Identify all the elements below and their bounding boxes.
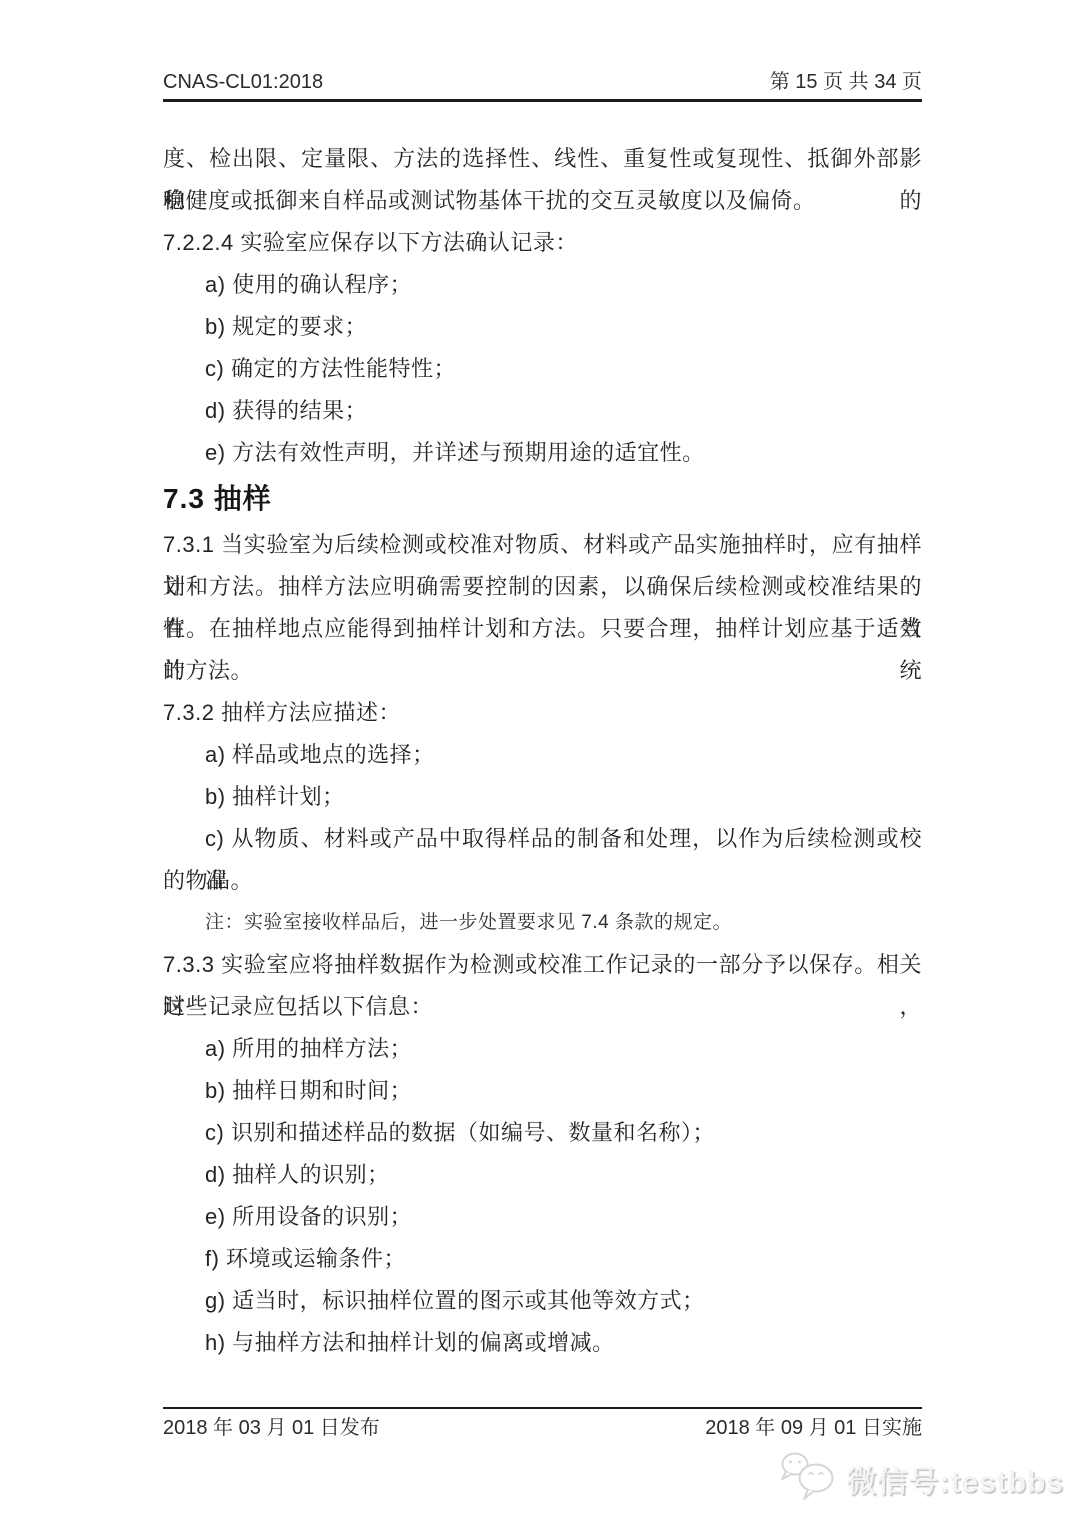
header-rule <box>163 99 922 102</box>
list-item-h: h) 与抽样方法和抽样计划的偏离或增减。 <box>163 1322 922 1364</box>
clause-7-3-1-line: 7.3.1 当实验室为后续检测或校准对物质、材料或产品实施抽样时，应有抽样计 <box>163 524 922 566</box>
paragraph-line: 性。在抽样地点应能得到抽样计划和方法。只要合理，抽样计划应基于适当的统 <box>163 608 922 650</box>
page-footer: 2018 年 03 月 01 日发布 2018 年 09 月 01 日实施 <box>163 1407 922 1441</box>
list-item-b: b) 抽样计划； <box>163 776 922 818</box>
list-item-a: a) 样品或地点的选择； <box>163 734 922 776</box>
wechat-watermark: 微信号:testbbs <box>780 1450 1064 1507</box>
document-body: 度、检出限、定量限、方法的选择性、线性、重复性或复现性、抵御外部影响的 稳健度或… <box>163 138 922 1364</box>
list-item-d: d) 获得的结果； <box>163 390 922 432</box>
list-item-b: b) 抽样日期和时间； <box>163 1070 922 1112</box>
list-item-f: f) 环境或运输条件； <box>163 1238 922 1280</box>
page-header: CNAS-CL01:2018 第 15 页 共 34 页 <box>163 70 922 102</box>
list-item-a: a) 所用的抽样方法； <box>163 1028 922 1070</box>
list-item-g: g) 适当时，标识抽样位置的图示或其他等效方式； <box>163 1280 922 1322</box>
clause-7-3-3-line: 7.3.3 实验室应将抽样数据作为检测或校准工作记录的一部分予以保存。相关时， <box>163 944 922 986</box>
list-item-c: c) 识别和描述样品的数据（如编号、数量和名称）； <box>163 1112 922 1154</box>
list-item-a: a) 使用的确认程序； <box>163 264 922 306</box>
clause-7-3-2-line: 7.3.2 抽样方法应描述： <box>163 692 922 734</box>
clause-7-2-2-4-line: 7.2.2.4 实验室应保存以下方法确认记录： <box>163 222 922 264</box>
implement-date: 2018 年 09 月 01 日实施 <box>705 1415 922 1441</box>
page-indicator: 第 15 页 共 34 页 <box>770 70 922 94</box>
note-line: 注：实验室接收样品后，进一步处置要求见 7.4 条款的规定。 <box>163 902 922 944</box>
list-item-e: e) 所用设备的识别； <box>163 1196 922 1238</box>
section-heading-7-3: 7.3 抽样 <box>163 474 922 524</box>
paragraph-line: 的物品。 <box>163 860 922 902</box>
list-item-c: c) 从物质、材料或产品中取得样品的制备和处理，以作为后续检测或校准 <box>163 818 922 860</box>
wechat-icon <box>780 1450 838 1507</box>
paragraph-line: 稳健度或抵御来自样品或测试物基体干扰的交互灵敏度以及偏倚。 <box>163 180 922 222</box>
document-page: CNAS-CL01:2018 第 15 页 共 34 页 度、检出限、定量限、方… <box>0 0 1080 1527</box>
watermark-text: 微信号:testbbs <box>846 1457 1064 1501</box>
list-item-d: d) 抽样人的识别； <box>163 1154 922 1196</box>
footer-rule <box>163 1407 922 1409</box>
paragraph-line: 划和方法。抽样方法应明确需要控制的因素，以确保后续检测或校准结果的有效 <box>163 566 922 608</box>
list-item-e: e) 方法有效性声明，并详述与预期用途的适宜性。 <box>163 432 922 474</box>
list-item-c: c) 确定的方法性能特性； <box>163 348 922 390</box>
list-item-b: b) 规定的要求； <box>163 306 922 348</box>
issue-date: 2018 年 03 月 01 日发布 <box>163 1415 380 1441</box>
doc-number: CNAS-CL01:2018 <box>163 70 323 94</box>
paragraph-line: 度、检出限、定量限、方法的选择性、线性、重复性或复现性、抵御外部影响的 <box>163 138 922 180</box>
